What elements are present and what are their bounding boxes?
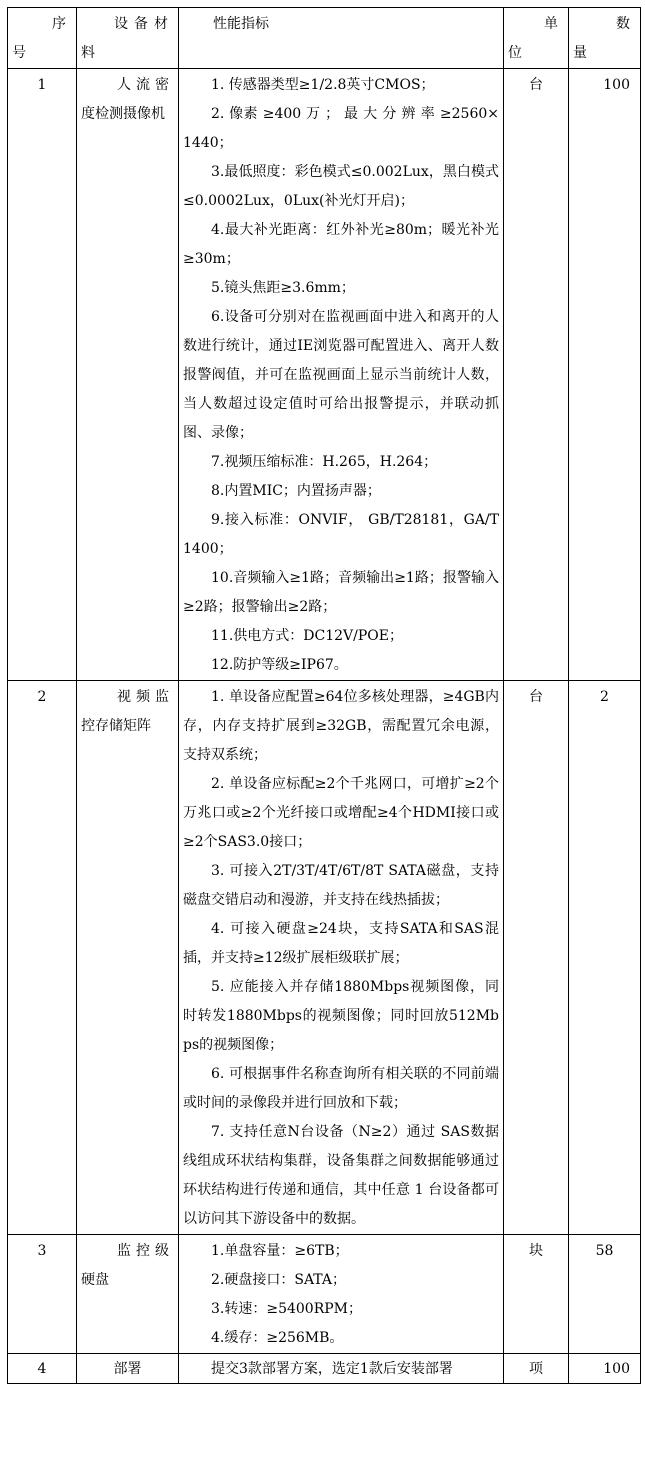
row-unit: 台	[504, 681, 569, 1235]
row-unit: 块	[504, 1235, 569, 1354]
equipment-spec-table: 序 号 设备材 料 性能指标 单 位 数 量 1 人流密度检测摄像机 1. 传感…	[7, 7, 641, 1384]
header-spec: 性能指标	[179, 8, 504, 69]
row-quantity: 100	[569, 69, 641, 681]
row-unit: 项	[504, 1354, 569, 1384]
row-index: 1	[8, 69, 77, 681]
row-index: 4	[8, 1354, 77, 1384]
header-quantity: 数 量	[569, 8, 641, 69]
row-specs: 1. 传感器类型≥1/2.8英寸CMOS； 2. 像素 ≥400 万 ； 最 大…	[179, 69, 504, 681]
row-quantity: 58	[569, 1235, 641, 1354]
row-unit: 台	[504, 69, 569, 681]
row-quantity: 100	[569, 1354, 641, 1384]
row-index: 3	[8, 1235, 77, 1354]
table-row: 3 监控级硬盘 1.单盘容量：≥6TB； 2.硬盘接口：SATA； 3.转速：≥…	[8, 1235, 641, 1354]
header-row: 序 号 设备材 料 性能指标 单 位 数 量	[8, 8, 641, 69]
row-specs: 1. 单设备应配置≥64位多核处理器，≥4GB内存，内存支持扩展到≥32GB，需…	[179, 681, 504, 1235]
row-quantity: 2	[569, 681, 641, 1235]
row-specs: 1.单盘容量：≥6TB； 2.硬盘接口：SATA； 3.转速：≥5400RPM；…	[179, 1235, 504, 1354]
row-index: 2	[8, 681, 77, 1235]
row-specs: 提交3款部署方案，选定1款后安装部署	[179, 1354, 504, 1384]
row-material: 视频监控存储矩阵	[77, 681, 179, 1235]
row-material: 人流密度检测摄像机	[77, 69, 179, 681]
row-material: 监控级硬盘	[77, 1235, 179, 1354]
header-index: 序 号	[8, 8, 77, 69]
header-material: 设备材 料	[77, 8, 179, 69]
table-row: 4 部署 提交3款部署方案，选定1款后安装部署 项 100	[8, 1354, 641, 1384]
header-unit: 单 位	[504, 8, 569, 69]
table-row: 2 视频监控存储矩阵 1. 单设备应配置≥64位多核处理器，≥4GB内存，内存支…	[8, 681, 641, 1235]
table-row: 1 人流密度检测摄像机 1. 传感器类型≥1/2.8英寸CMOS； 2. 像素 …	[8, 69, 641, 681]
row-material: 部署	[77, 1354, 179, 1384]
